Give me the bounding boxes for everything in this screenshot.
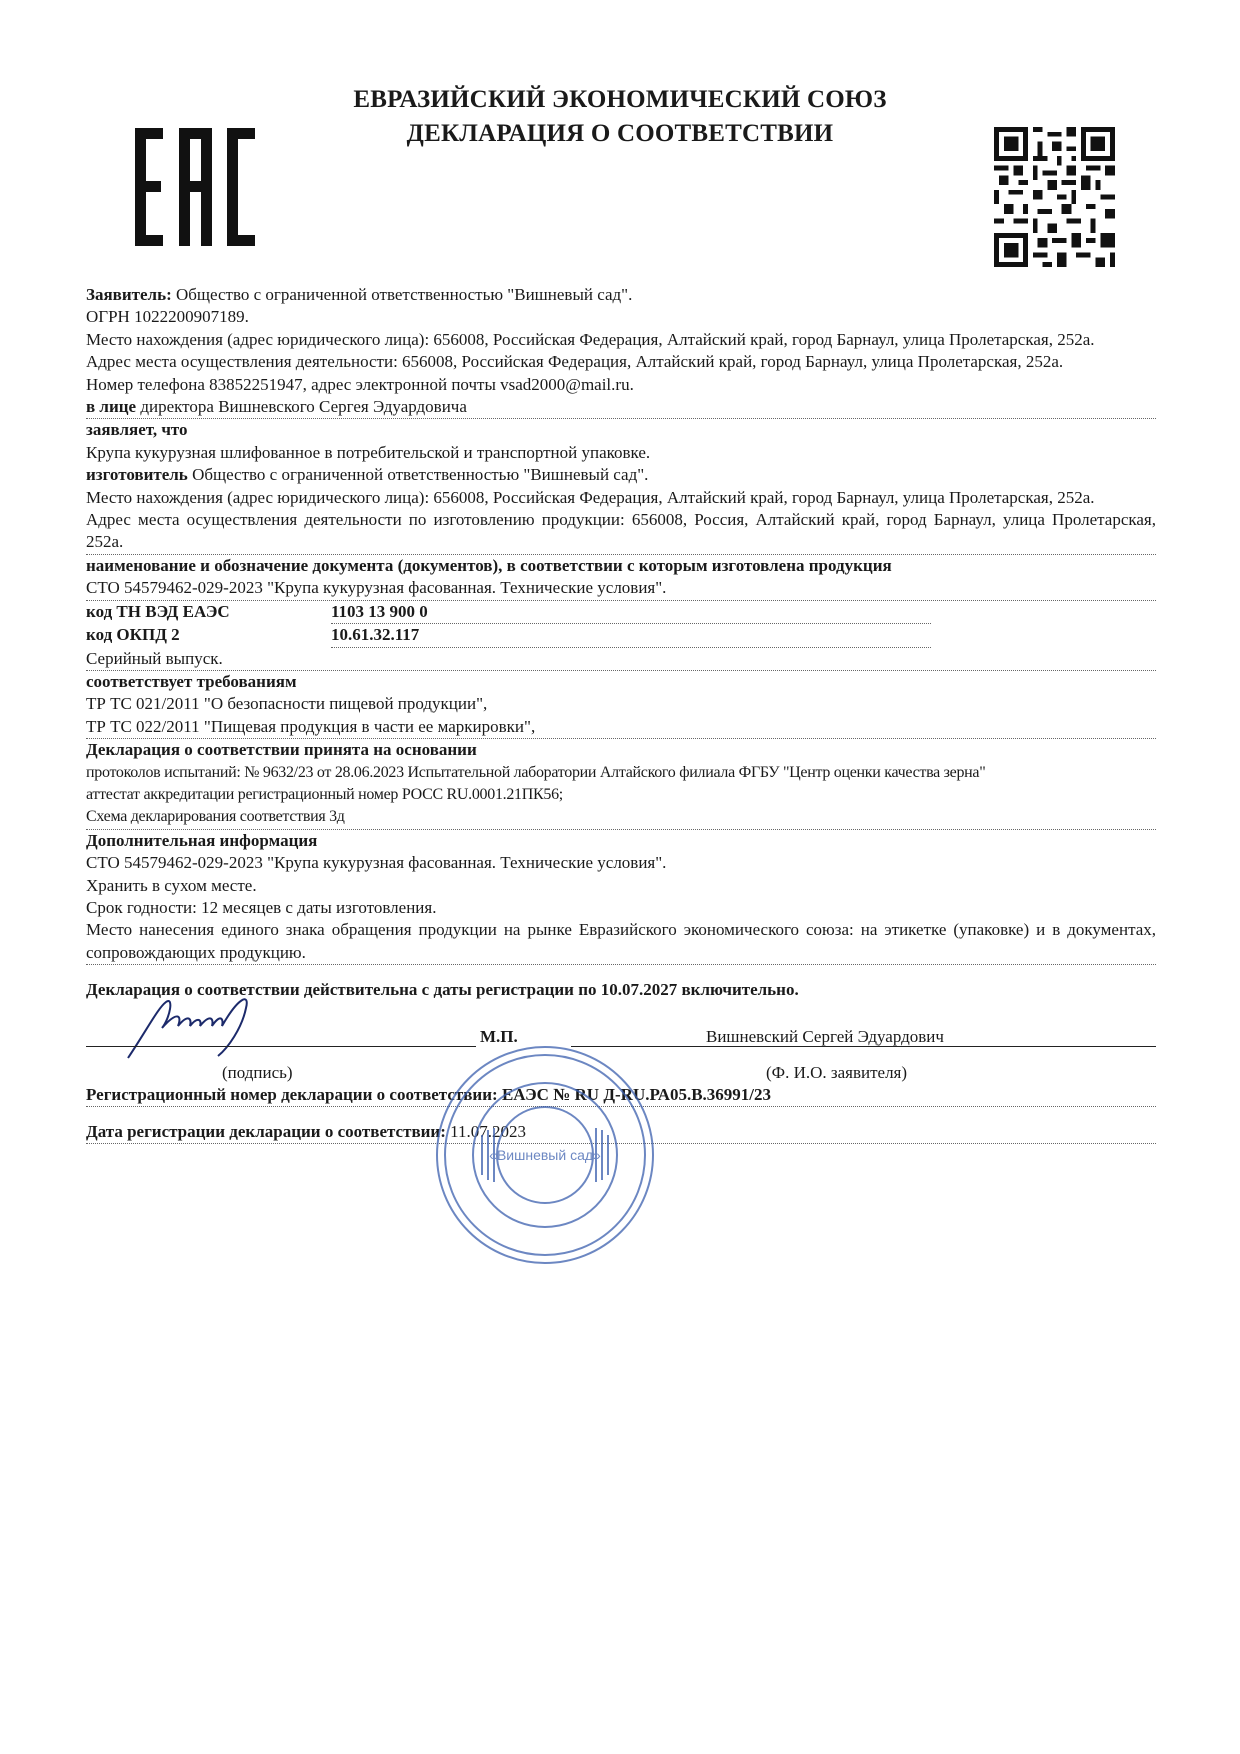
declaration-body: Заявитель: Общество с ограниченной ответ… — [86, 284, 1156, 1144]
stamp-text: «Вишневый сад» — [489, 1147, 601, 1163]
applicant-ogrn: ОГРН 1022200907189. — [86, 306, 1156, 328]
code-tnved-label: код ТН ВЭД ЕАЭС — [86, 601, 331, 624]
applicant-name: Общество с ограниченной ответственностью… — [172, 285, 633, 304]
requirement-item: ТР ТС 022/2011 "Пищевая продукция в част… — [86, 716, 1156, 739]
registration-date-label: Дата регистрации декларации о соответств… — [86, 1122, 446, 1141]
signature-caption: (подпись) — [222, 1062, 293, 1084]
manufacturer-label: изготовитель — [86, 465, 188, 484]
declares-label: заявляет, что — [86, 419, 1156, 441]
manufacturer-legal-address: Место нахождения (адрес юридического лиц… — [86, 487, 1156, 509]
represented-by: директора Вишневского Сергея Эдуардовича — [136, 397, 467, 416]
qr-code-icon[interactable] — [993, 127, 1116, 267]
stamp-placeholder: М.П. — [480, 1026, 518, 1048]
additional-item: Место нанесения единого знака обращения … — [86, 919, 1156, 965]
registration-number-label: Регистрационный номер декларации о соотв… — [86, 1085, 498, 1104]
code-tnved-value: 1103 13 900 0 — [331, 601, 931, 624]
signature-icon — [118, 988, 268, 1064]
additional-label: Дополнительная информация — [86, 830, 1156, 852]
applicant-label: Заявитель: — [86, 285, 172, 304]
registration-number: ЕАЭС № RU Д-RU.РА05.В.36991/23 — [498, 1085, 771, 1104]
signer-name: Вишневский Сергей Эдуардович — [706, 1026, 944, 1048]
documents-label: наименование и обозначение документа (до… — [86, 555, 1156, 577]
documents-value: СТО 54579462-029-2023 "Крупа кукурузная … — [86, 577, 1156, 600]
basis-accreditation: аттестат аккредитации регистрационный но… — [86, 784, 1156, 806]
applicant-activity-address: Адрес места осуществления деятельности: … — [86, 351, 1156, 373]
eac-logo-icon — [135, 128, 255, 246]
code-okpd-row: код ОКПД 2 10.61.32.117 — [86, 624, 1156, 647]
code-okpd-label: код ОКПД 2 — [86, 624, 331, 647]
basis-protocols: протоколов испытаний: № 9632/23 от 28.06… — [86, 762, 1156, 784]
signature-line — [86, 1046, 476, 1047]
release-type: Серийный выпуск. — [86, 648, 1156, 671]
code-tnved-row: код ТН ВЭД ЕАЭС 1103 13 900 0 — [86, 601, 1156, 624]
manufacturer-name: Общество с ограниченной ответственностью… — [188, 465, 649, 484]
requirement-item: ТР ТС 021/2011 "О безопасности пищевой п… — [86, 693, 1156, 715]
additional-item: Срок годности: 12 месяцев с даты изготов… — [86, 897, 1156, 919]
requirements-label: соответствует требованиям — [86, 671, 1156, 693]
represented-label: в лице — [86, 397, 136, 416]
document-title: ДЕКЛАРАЦИЯ О СООТВЕТСТВИИ — [290, 120, 950, 148]
production-address: Адрес места осуществления деятельности п… — [86, 509, 1156, 555]
applicant-legal-address: Место нахождения (адрес юридического лиц… — [86, 329, 1156, 351]
registration-date: 11.07.2023 — [446, 1122, 526, 1141]
basis-label: Декларация о соответствии принята на осн… — [86, 739, 1156, 761]
signature-row: М.П. Вишневский Сергей Эдуардович — [86, 1002, 1156, 1062]
additional-item: Хранить в сухом месте. — [86, 875, 1156, 897]
union-title: ЕВРАЗИЙСКИЙ ЭКОНОМИЧЕСКИЙ СОЮЗ — [290, 86, 950, 114]
code-okpd-value: 10.61.32.117 — [331, 624, 931, 647]
additional-item: СТО 54579462-029-2023 "Крупа кукурузная … — [86, 852, 1156, 874]
basis-scheme: Схема декларирования соответствия 3д — [86, 806, 1156, 829]
applicant-contacts: Номер телефона 83852251947, адрес электр… — [86, 374, 1156, 396]
name-caption: (Ф. И.О. заявителя) — [766, 1062, 907, 1084]
product-name: Крупа кукурузная шлифованное в потребите… — [86, 442, 1156, 464]
